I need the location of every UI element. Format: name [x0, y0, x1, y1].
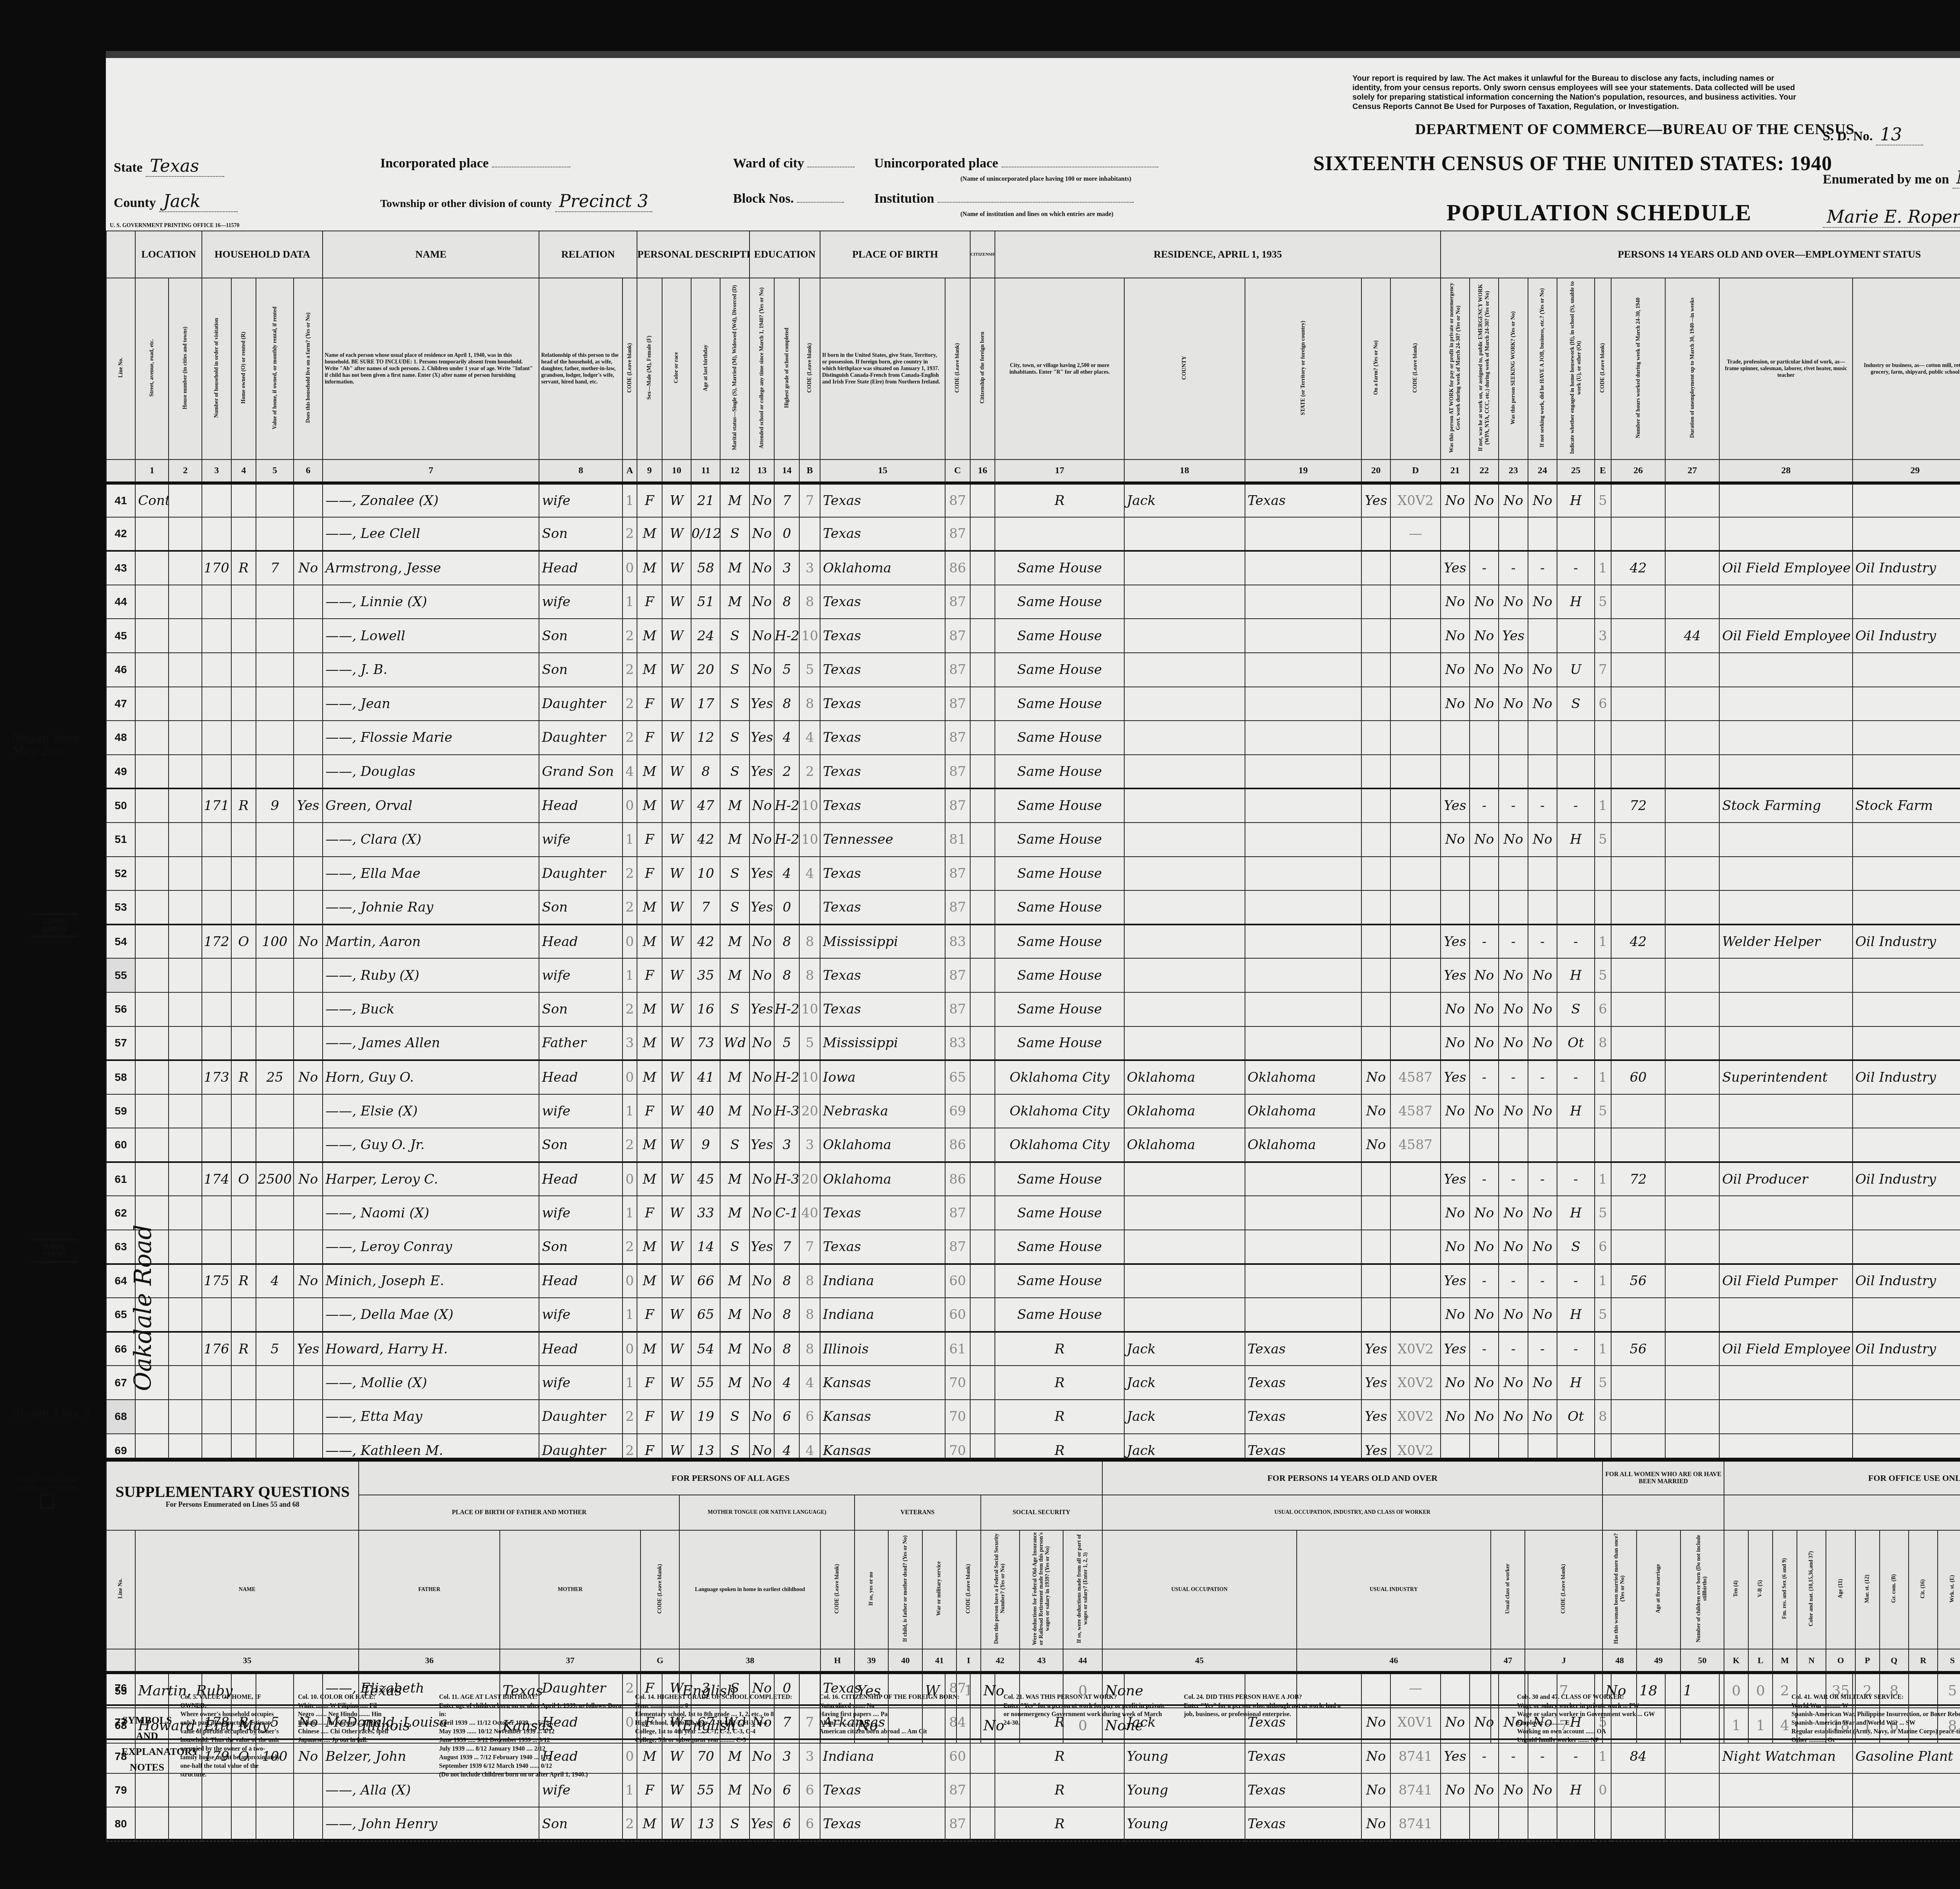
cell-value: [256, 755, 294, 789]
cell-school: No: [750, 653, 775, 687]
cell-street: [135, 857, 169, 891]
cell-res-farm: Yes: [1361, 483, 1390, 517]
column-header-10: Sex—Male (M), Female (F): [637, 278, 662, 460]
cell-c21: No: [1441, 823, 1470, 857]
cell-code-e: 8: [1595, 1026, 1611, 1061]
cell-age: 58: [691, 551, 720, 585]
cell-code-d: [1390, 890, 1440, 925]
cell-citizen: [970, 585, 995, 619]
cell-code-e: 1: [1595, 788, 1611, 823]
cell-citizen: [970, 1298, 995, 1332]
cell-c26: [1611, 619, 1665, 653]
cell-industry: [1853, 755, 1960, 789]
note-col21: Col. 21. WAS THIS PERSON AT WORK? Enter …: [1004, 1693, 1168, 1727]
group-relation: RELATION: [539, 231, 637, 278]
cell-res-state: [1245, 585, 1361, 619]
column-header-27: Was this person SEEKING WORK? (Yes or No…: [1499, 278, 1528, 460]
cell-relation: wife: [539, 585, 622, 619]
cell-c22: No: [1470, 483, 1499, 517]
cell-birthplace: Nebraska: [820, 1094, 945, 1128]
cell-code-c: 87: [945, 1196, 970, 1230]
cell-code-a: 1: [622, 823, 637, 857]
census-sheet: Your report is required by law. The Act …: [106, 51, 1960, 1839]
supp-column-header-25: Age (11): [1826, 1530, 1855, 1649]
cell-c26: [1611, 585, 1665, 619]
cell-occupation: [1719, 958, 1853, 992]
cell-industry: [1853, 687, 1960, 721]
cell-race: W: [662, 788, 691, 823]
cell-farm: [294, 1366, 323, 1400]
cell-industry: [1853, 1230, 1960, 1264]
cell-own: O: [231, 925, 256, 959]
cell-c21: No: [1441, 483, 1470, 517]
cell-line: 51: [106, 823, 135, 857]
cell-c24: No: [1528, 1094, 1557, 1128]
cell-house: [169, 1060, 202, 1094]
cell-street: [135, 517, 169, 551]
cell-birthplace: Texas: [820, 585, 945, 619]
cell-school: Yes: [750, 890, 775, 925]
county-value: Jack: [159, 191, 238, 212]
cell-school: Yes: [750, 992, 775, 1026]
cell-street: [135, 585, 169, 619]
cell-name: ——, Lowell: [323, 619, 539, 653]
cell-code-d: X0V2: [1390, 1400, 1440, 1434]
column-number-26: 22: [1470, 460, 1499, 483]
note-col41: Col. 41. WAR OR MILITARY SERVICE: World …: [1791, 1693, 1960, 1745]
cell-citizen: [970, 1366, 995, 1400]
cell-industry: Oil Industry: [1853, 1162, 1960, 1196]
cell-c22: [1470, 517, 1499, 551]
cell-code-e: [1595, 857, 1611, 891]
cell-c25: -: [1557, 551, 1595, 585]
cell-code-b: 20: [799, 1162, 820, 1196]
cell-relation: wife: [539, 1298, 622, 1332]
cell-age: 55: [691, 1366, 720, 1400]
cell-res-farm: [1361, 1298, 1390, 1332]
cell-race: W: [662, 721, 691, 755]
cell-code-c: 87: [945, 890, 970, 925]
cell-marital: S: [720, 992, 749, 1026]
cell-farm: [294, 1026, 323, 1061]
cell-res-city: Same House: [995, 1230, 1124, 1264]
cell-res-city: Same House: [995, 857, 1124, 891]
cell-res-county: [1124, 755, 1245, 789]
cell-c27: [1665, 1332, 1719, 1366]
supp-column-header-3: MOTHER: [500, 1530, 641, 1649]
institution-value: [938, 202, 1134, 203]
cell-school: No: [750, 483, 775, 517]
cell-value: [256, 1094, 294, 1128]
cell-code-a: 1: [622, 1298, 637, 1332]
cell-c25: H: [1557, 958, 1595, 992]
cell-c26: [1611, 1230, 1665, 1264]
cell-res-state: [1245, 1196, 1361, 1230]
cell-house: [169, 1162, 202, 1196]
cell-industry: Oil Industry: [1853, 1060, 1960, 1094]
cell-house: [169, 1196, 202, 1230]
column-header-13: Marital status—Single (S), Married (M), …: [720, 278, 749, 460]
cell-hh: 170: [202, 551, 231, 585]
cell-house: [169, 890, 202, 925]
cell-name: Green, Orval: [323, 788, 539, 823]
cell-code-d: [1390, 1026, 1440, 1061]
cell-res-city: Same House: [995, 619, 1124, 653]
column-number-2: 2: [169, 460, 202, 483]
cell-code-e: 5: [1595, 1366, 1611, 1400]
cell-c27: [1665, 1230, 1719, 1264]
cell-res-county: [1124, 788, 1245, 823]
cell-line: 49: [106, 755, 135, 789]
cell-c27: [1665, 1094, 1719, 1128]
cell-code-a: 2: [622, 1128, 637, 1162]
cell-occupation: [1719, 687, 1853, 721]
cell-own: [231, 619, 256, 653]
cell-c24: [1528, 755, 1557, 789]
cell-c26: [1611, 1128, 1665, 1162]
cell-c23: -: [1499, 925, 1528, 959]
cell-code-a: 2: [622, 721, 637, 755]
cell-relation: Son: [539, 517, 622, 551]
cell-line: 68: [106, 1400, 135, 1434]
column-header-29: Indicate whether engaged in home housewo…: [1557, 278, 1595, 460]
cell-c26: 42: [1611, 551, 1665, 585]
cell-c22: -: [1470, 788, 1499, 823]
cell-marital: S: [720, 1230, 749, 1264]
cell-c23: -: [1499, 1264, 1528, 1298]
cell-value: [256, 619, 294, 653]
cell-farm: [294, 517, 323, 551]
cell-relation: Head: [539, 925, 622, 959]
cell-res-farm: [1361, 755, 1390, 789]
table-row: 50171R9YesGreen, OrvalHead0MW47MNoH-210T…: [106, 788, 1960, 823]
cell-industry: [1853, 958, 1960, 992]
incorporated-field: Incorporated place: [380, 156, 570, 171]
cell-name: ——, Ella Mae: [323, 857, 539, 891]
cell-occupation: Oil Field Employee: [1719, 551, 1853, 585]
cell-c22: -: [1470, 1162, 1499, 1196]
cell-race: W: [662, 1230, 691, 1264]
cell-birthplace: Texas: [820, 653, 945, 687]
enumerator-field: Marie E. Roper , Enumerator.: [1823, 207, 1960, 228]
cell-c22: No: [1470, 992, 1499, 1026]
supp-column-number-25: O: [1826, 1649, 1855, 1673]
cell-citizen: [970, 755, 995, 789]
cell-c27: [1665, 483, 1719, 517]
cell-res-city: Same House: [995, 1196, 1124, 1230]
cell-school: No: [750, 823, 775, 857]
supp-column-header-26: Mar. st. (12): [1855, 1530, 1880, 1649]
cell-value: [256, 653, 294, 687]
cell-farm: [294, 1298, 323, 1332]
cell-house: [169, 1026, 202, 1061]
cell-occupation: Oil Field Employee: [1719, 619, 1853, 653]
supp-column-header-10: CODE (Leave blank): [956, 1530, 981, 1649]
cell-res-county: [1124, 1230, 1245, 1264]
cell-hh: 173: [202, 1060, 231, 1094]
cell-marital: M: [720, 483, 749, 517]
column-header-14: Attended school or college any time sinc…: [750, 278, 775, 460]
cell-sex: F: [637, 721, 662, 755]
cell-c25: H: [1557, 1366, 1595, 1400]
cell-value: [256, 721, 294, 755]
cell-res-city: Same House: [995, 1162, 1124, 1196]
cell-name: Minich, Joseph E.: [323, 1264, 539, 1298]
cell-industry: [1853, 1298, 1960, 1332]
cell-occupation: [1719, 1094, 1853, 1128]
cell-c22: No: [1470, 687, 1499, 721]
column-number-25: 21: [1441, 460, 1470, 483]
cell-c23: No: [1499, 687, 1528, 721]
cell-marital: S: [720, 721, 749, 755]
cell-age: 16: [691, 992, 720, 1026]
cell-citizen: [970, 483, 995, 517]
cell-c21: No: [1441, 1298, 1470, 1332]
cell-industry: Oil Industry: [1853, 925, 1960, 959]
cell-industry: [1853, 992, 1960, 1026]
column-header-9: CODE (Leave blank): [622, 278, 637, 460]
cell-house: [169, 788, 202, 823]
cell-house: [169, 992, 202, 1026]
cell-res-city: R: [995, 1366, 1124, 1400]
cell-school: No: [750, 1366, 775, 1400]
cell-c27: [1665, 1366, 1719, 1400]
column-number-10: 9: [637, 460, 662, 483]
cell-industry: [1853, 517, 1960, 551]
cell-race: W: [662, 483, 691, 517]
cell-value: [256, 1298, 294, 1332]
group-employment: PERSONS 14 YEARS OLD AND OVER—EMPLOYMENT…: [1441, 231, 1960, 278]
cell-relation: Son: [539, 619, 622, 653]
cell-c26: [1611, 1026, 1665, 1061]
cell-value: [256, 992, 294, 1026]
cell-res-city: Same House: [995, 551, 1124, 585]
table-row: 54172O100NoMartin, AaronHead0MW42MNo88Mi…: [106, 925, 1960, 959]
cell-marital: M: [720, 925, 749, 959]
cell-code-e: 5: [1595, 483, 1611, 517]
cell-street: [135, 721, 169, 755]
cell-birthplace: Indiana: [820, 1298, 945, 1332]
supp-group-14-over: FOR PERSONS 14 YEARS OLD AND OVER: [1102, 1460, 1603, 1495]
column-header-4: Home owned (O) or rented (R): [231, 278, 256, 460]
cell-sex: M: [637, 1128, 662, 1162]
began-note-may-2: Began here May 2nd: [12, 732, 102, 757]
cell-relation: Daughter: [539, 721, 622, 755]
cell-res-farm: [1361, 857, 1390, 891]
state-value: Texas: [146, 156, 224, 177]
cell-c23: [1499, 517, 1528, 551]
cell-code-d: —: [1390, 517, 1440, 551]
cell-race: W: [662, 1060, 691, 1094]
supp-column-number-row: 353637G38H394041I424344454647J484950KLMN…: [106, 1649, 1960, 1673]
cell-code-c: 86: [945, 1162, 970, 1196]
cell-sex: M: [637, 653, 662, 687]
cell-c27: [1665, 1298, 1719, 1332]
cell-farm: [294, 992, 323, 1026]
group-personal: PERSONAL DESCRIPTION: [637, 231, 750, 278]
cell-c27: [1665, 890, 1719, 925]
continued-checkbox[interactable]: [40, 1495, 54, 1509]
cell-occupation: Oil Field Employee: [1719, 1332, 1853, 1366]
cell-c23: [1499, 890, 1528, 925]
cell-marital: M: [720, 1060, 749, 1094]
supp-column-header-7: If so, yes or no: [855, 1530, 889, 1649]
cell-c25: H: [1557, 1196, 1595, 1230]
cell-sex: M: [637, 1026, 662, 1061]
cell-code-e: 6: [1595, 992, 1611, 1026]
cell-birthplace: Texas: [820, 721, 945, 755]
column-number-13: 12: [720, 460, 749, 483]
supp-column-header-19: Age at first marriage: [1637, 1530, 1681, 1649]
cell-res-city: R: [995, 1400, 1124, 1434]
cell-school: Yes: [750, 1230, 775, 1264]
cell-race: W: [662, 958, 691, 992]
cell-age: 51: [691, 585, 720, 619]
cell-birthplace: Texas: [820, 755, 945, 789]
cell-c21: [1441, 517, 1470, 551]
cell-value: 100: [256, 925, 294, 959]
table-row: 58173R25NoHorn, Guy O.Head0MW41MNoH-210I…: [106, 1060, 1960, 1094]
cell-own: [231, 958, 256, 992]
cell-c25: H: [1557, 1298, 1595, 1332]
cell-c23: [1499, 721, 1528, 755]
cell-code-c: 87: [945, 857, 970, 891]
cell-c25: [1557, 619, 1595, 653]
sd-value: 13: [1876, 125, 1923, 145]
cell-house: [169, 1128, 202, 1162]
cell-code-b: 8: [799, 958, 820, 992]
cell-c21: Yes: [1441, 958, 1470, 992]
cell-grade: 0: [774, 517, 799, 551]
cell-hh: [202, 721, 231, 755]
cell-c27: [1665, 585, 1719, 619]
column-number-15: 14: [774, 460, 799, 483]
supp-column-header-17: CODE (Leave blank): [1525, 1530, 1602, 1649]
cell-res-city: Same House: [995, 992, 1124, 1026]
cell-birthplace: Mississippi: [820, 925, 945, 959]
cell-school: No: [750, 1400, 775, 1434]
cell-code-d: 4587: [1390, 1128, 1440, 1162]
cell-race: W: [662, 1128, 691, 1162]
column-header-7: Name of each person whose usual place of…: [323, 278, 539, 460]
cell-c24: -: [1528, 925, 1557, 959]
cell-c22: -: [1470, 1060, 1499, 1094]
cell-code-e: 1: [1595, 1162, 1611, 1196]
cell-house: [169, 1298, 202, 1332]
cell-c24: No: [1528, 687, 1557, 721]
cell-value: 25: [256, 1060, 294, 1094]
column-number-32: 27: [1665, 460, 1719, 483]
cell-street: Cont'd: [135, 483, 169, 517]
cell-code-b: 40: [799, 1196, 820, 1230]
cell-code-a: 1: [622, 1196, 637, 1230]
cell-farm: [294, 1094, 323, 1128]
cell-farm: [294, 1128, 323, 1162]
cell-c22: [1470, 857, 1499, 891]
cell-sex: M: [637, 788, 662, 823]
cell-value: [256, 1400, 294, 1434]
cell-c24: No: [1528, 1230, 1557, 1264]
cell-occupation: [1719, 1298, 1853, 1332]
cell-code-a: 0: [622, 1332, 637, 1366]
cell-age: 20: [691, 653, 720, 687]
cell-code-e: 8: [1595, 1400, 1611, 1434]
cell-street: [135, 925, 169, 959]
cell-res-county: [1124, 1196, 1245, 1230]
cell-res-county: Jack: [1124, 1366, 1245, 1400]
cell-c26: [1611, 1400, 1665, 1434]
cell-res-state: Oklahoma: [1245, 1060, 1361, 1094]
cell-farm: [294, 483, 323, 517]
cell-birthplace: Texas: [820, 1230, 945, 1264]
cell-hh: 171: [202, 788, 231, 823]
cell-school: Yes: [750, 857, 775, 891]
cell-occupation: [1719, 653, 1853, 687]
cell-code-c: 83: [945, 1026, 970, 1061]
supp-column-number-29: S: [1938, 1649, 1960, 1673]
cell-house: [169, 653, 202, 687]
cell-school: No: [750, 1332, 775, 1366]
group-residence: RESIDENCE, APRIL 1, 1935: [995, 231, 1440, 278]
cell-code-a: 2: [622, 992, 637, 1026]
cell-c24: No: [1528, 992, 1557, 1026]
supp-column-header-18: Has this woman been married more than on…: [1602, 1530, 1637, 1649]
cell-res-city: R: [995, 483, 1124, 517]
cell-school: Yes: [750, 687, 775, 721]
cell-birthplace: Kansas: [820, 1400, 945, 1434]
cell-code-e: 1: [1595, 551, 1611, 585]
cell-farm: [294, 721, 323, 755]
cell-c26: 72: [1611, 1162, 1665, 1196]
cell-grade: 0: [774, 890, 799, 925]
supp-column-header-14: USUAL OCCUPATION: [1102, 1530, 1297, 1649]
cell-res-county: Oklahoma: [1124, 1094, 1245, 1128]
cell-code-d: [1390, 653, 1440, 687]
cell-code-a: 0: [622, 551, 637, 585]
cell-c21: No: [1441, 585, 1470, 619]
supp-group-row: SUPPLEMENTARY QUESTIONS For Persons Enum…: [106, 1460, 1960, 1495]
cell-code-d: [1390, 992, 1440, 1026]
cell-value: [256, 585, 294, 619]
cell-code-a: 2: [622, 1400, 637, 1434]
cell-citizen: [970, 823, 995, 857]
cell-code-e: 6: [1595, 1230, 1611, 1264]
cell-grade: 3: [774, 551, 799, 585]
cell-relation: Son: [539, 1230, 622, 1264]
cell-c27: [1665, 1128, 1719, 1162]
cell-res-state: [1245, 653, 1361, 687]
cell-code-e: 1: [1595, 1332, 1611, 1366]
cell-farm: [294, 1230, 323, 1264]
cell-citizen: [970, 1060, 995, 1094]
column-header-1: Street, avenue, road, etc.: [135, 278, 169, 460]
cell-line: 47: [106, 687, 135, 721]
cell-citizen: [970, 551, 995, 585]
cell-sex: M: [637, 1230, 662, 1264]
cell-own: R: [231, 1332, 256, 1366]
table-row: 47——, JeanDaughter2FW17SYes88Texas87Same…: [106, 687, 1960, 721]
cell-res-state: [1245, 1230, 1361, 1264]
cell-res-state: [1245, 619, 1361, 653]
note-col10: Col. 10. COLOR OR RACE: White ........ W…: [298, 1693, 423, 1745]
cell-relation: wife: [539, 1196, 622, 1230]
supp-column-number-18: 48: [1602, 1649, 1637, 1673]
cell-c21: Yes: [1441, 1332, 1470, 1366]
cell-relation: Head: [539, 1060, 622, 1094]
table-row: 66176R5YesHoward, Harry H.Head0MW54MNo88…: [106, 1332, 1960, 1366]
cell-c21: [1441, 857, 1470, 891]
cell-street: [135, 551, 169, 585]
